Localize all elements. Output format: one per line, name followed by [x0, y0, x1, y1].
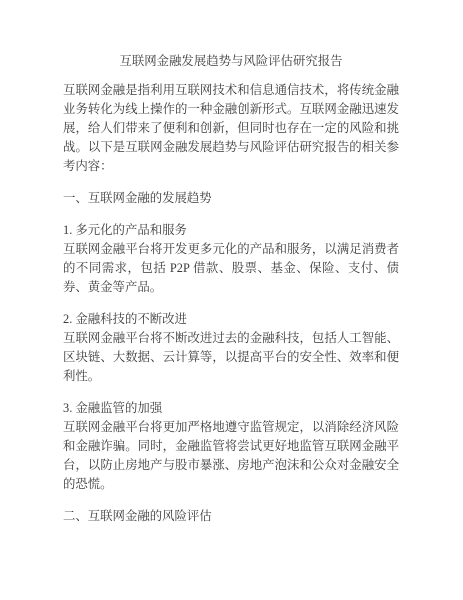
list-item-label: 2. 金融科技的不断改进 — [63, 310, 399, 329]
list-item-body: 互联网金融平台将更加严格地遵守监管规定，以消除经济风险和金融诈骗。同时，金融监管… — [63, 418, 399, 494]
section-heading-risk-assessment: 二、互联网金融的风险评估 — [63, 507, 399, 526]
list-item-body: 互联网金融平台将不断改进过去的金融科技，包括人工智能、区块链、大数据、云计算等，… — [63, 329, 399, 386]
document-title: 互联网金融发展趋势与风险评估研究报告 — [63, 52, 399, 71]
intro-paragraph: 互联网金融是指利用互联网技术和信息通信技术，将传统金融业务转化为线上操作的一种金… — [63, 81, 399, 176]
list-item: 1. 多元化的产品和服务 互联网金融平台将开发更多元化的产品和服务，以满足消费者… — [63, 221, 399, 297]
list-item: 2. 金融科技的不断改进 互联网金融平台将不断改进过去的金融科技，包括人工智能、… — [63, 310, 399, 386]
list-item-label: 3. 金融监管的加强 — [63, 399, 399, 418]
list-item-body: 互联网金融平台将开发更多元化的产品和服务，以满足消费者的不同需求，包括 P2P … — [63, 240, 399, 297]
section-heading-trends: 一、互联网金融的发展趋势 — [63, 189, 399, 208]
list-item-label: 1. 多元化的产品和服务 — [63, 221, 399, 240]
list-item: 3. 金融监管的加强 互联网金融平台将更加严格地遵守监管规定，以消除经济风险和金… — [63, 399, 399, 494]
document-page: 互联网金融发展趋势与风险评估研究报告 互联网金融是指利用互联网技术和信息通信技术… — [0, 0, 463, 600]
